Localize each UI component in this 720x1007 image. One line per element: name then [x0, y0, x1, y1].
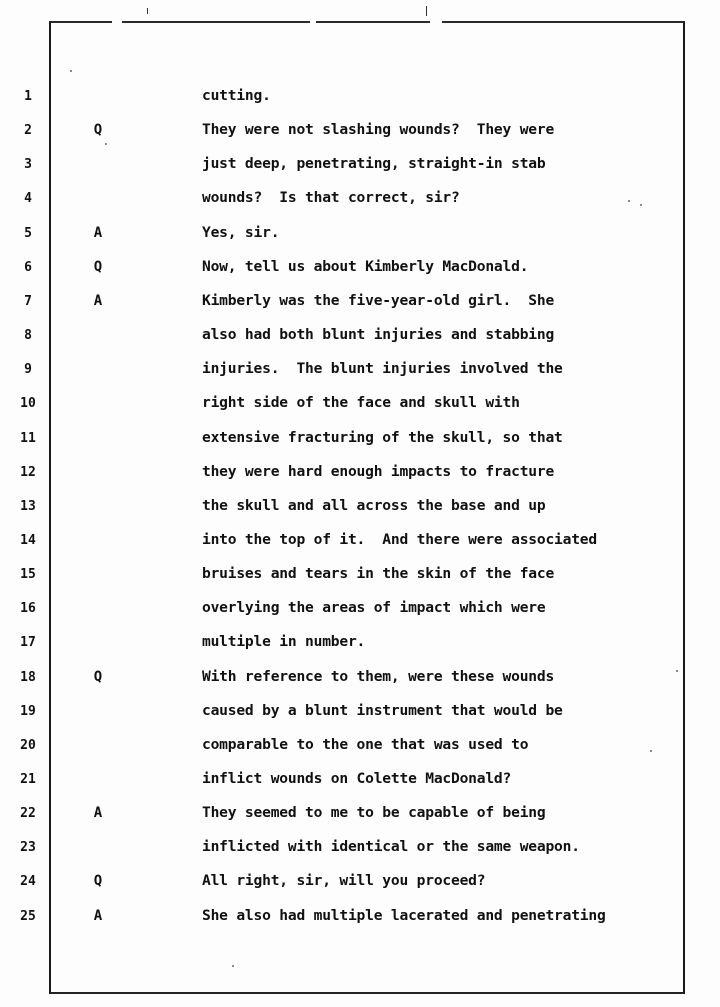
line-number: 9 — [14, 362, 42, 377]
line-number: 10 — [14, 396, 42, 411]
transcript-line: 15bruises and tears in the skin of the f… — [0, 565, 720, 589]
line-number: 19 — [14, 704, 42, 719]
line-text: they were hard enough impacts to fractur… — [202, 463, 554, 480]
line-text: also had both blunt injuries and stabbin… — [202, 326, 554, 343]
line-number: 21 — [14, 772, 42, 787]
speaker-label: Q — [88, 669, 108, 685]
line-number: 11 — [14, 431, 42, 446]
scan-mark — [426, 6, 427, 16]
transcript-line: 14into the top of it. And there were ass… — [0, 531, 720, 555]
line-number: 6 — [14, 260, 42, 275]
line-text: inflict wounds on Colette MacDonald? — [202, 770, 511, 787]
line-number: 2 — [14, 123, 42, 138]
line-number: 13 — [14, 499, 42, 514]
line-number: 24 — [14, 874, 42, 889]
transcript-line: 5AYes, sir. — [0, 224, 720, 248]
transcript-line: 4wounds? Is that correct, sir? — [0, 189, 720, 213]
line-number: 23 — [14, 840, 42, 855]
transcript-line: 23inflicted with identical or the same w… — [0, 838, 720, 862]
speaker-label: A — [88, 293, 108, 309]
transcript-line: 6QNow, tell us about Kimberly MacDonald. — [0, 258, 720, 282]
scan-speck — [676, 670, 678, 672]
border-gap — [310, 19, 316, 25]
line-text: She also had multiple lacerated and pene… — [202, 907, 606, 924]
line-text: All right, sir, will you proceed? — [202, 872, 485, 889]
transcript-line: 13the skull and all across the base and … — [0, 497, 720, 521]
transcript-line: 25AShe also had multiple lacerated and p… — [0, 907, 720, 931]
line-text: They seemed to me to be capable of being — [202, 804, 545, 821]
transcript-line: 19caused by a blunt instrument that woul… — [0, 702, 720, 726]
transcript-line: 7AKimberly was the five-year-old girl. S… — [0, 292, 720, 316]
line-text: With reference to them, were these wound… — [202, 668, 554, 685]
line-number: 20 — [14, 738, 42, 753]
line-number: 17 — [14, 635, 42, 650]
line-text: cutting. — [202, 87, 271, 104]
line-number: 8 — [14, 328, 42, 343]
transcript-line: 17multiple in number. — [0, 633, 720, 657]
scan-speck — [232, 965, 234, 967]
line-text: extensive fracturing of the skull, so th… — [202, 429, 563, 446]
line-text: multiple in number. — [202, 633, 365, 650]
scan-speck — [70, 70, 72, 72]
line-text: inflicted with identical or the same wea… — [202, 838, 580, 855]
line-text: into the top of it. And there were assoc… — [202, 531, 597, 548]
line-text: Yes, sir. — [202, 224, 279, 241]
line-text: right side of the face and skull with — [202, 394, 520, 411]
transcript-line: 20comparable to the one that was used to — [0, 736, 720, 760]
transcript-line: 3just deep, penetrating, straight-in sta… — [0, 155, 720, 179]
transcript-line: 18QWith reference to them, were these wo… — [0, 668, 720, 692]
line-text: caused by a blunt instrument that would … — [202, 702, 563, 719]
transcript-line: 8also had both blunt injuries and stabbi… — [0, 326, 720, 350]
transcript-line: 10right side of the face and skull with — [0, 394, 720, 418]
line-text: overlying the areas of impact which were — [202, 599, 545, 616]
scan-speck — [628, 200, 630, 202]
speaker-label: Q — [88, 873, 108, 889]
transcript-line: 12they were hard enough impacts to fract… — [0, 463, 720, 487]
line-number: 1 — [14, 89, 42, 104]
speaker-label: A — [88, 908, 108, 924]
line-text: the skull and all across the base and up — [202, 497, 545, 514]
line-text: wounds? Is that correct, sir? — [202, 189, 460, 206]
line-text: bruises and tears in the skin of the fac… — [202, 565, 554, 582]
speaker-label: Q — [88, 122, 108, 138]
speaker-label: Q — [88, 259, 108, 275]
line-text: injuries. The blunt injuries involved th… — [202, 360, 563, 377]
line-number: 15 — [14, 567, 42, 582]
line-text: just deep, penetrating, straight-in stab — [202, 155, 545, 172]
scan-speck — [105, 143, 107, 145]
border-gap — [112, 19, 122, 25]
speaker-label: A — [88, 225, 108, 241]
transcript-line: 1cutting. — [0, 87, 720, 111]
transcript-line: 24QAll right, sir, will you proceed? — [0, 872, 720, 896]
transcript-line: 16overlying the areas of impact which we… — [0, 599, 720, 623]
scan-speck — [650, 750, 652, 752]
line-text: comparable to the one that was used to — [202, 736, 528, 753]
speaker-label: A — [88, 805, 108, 821]
transcript-line: 22AThey seemed to me to be capable of be… — [0, 804, 720, 828]
line-number: 3 — [14, 157, 42, 172]
scan-mark — [147, 8, 148, 14]
transcript-line: 21inflict wounds on Colette MacDonald? — [0, 770, 720, 794]
line-text: They were not slashing wounds? They were — [202, 121, 554, 138]
line-number: 22 — [14, 806, 42, 821]
line-number: 12 — [14, 465, 42, 480]
line-number: 5 — [14, 226, 42, 241]
line-number: 4 — [14, 191, 42, 206]
line-number: 14 — [14, 533, 42, 548]
scan-speck — [640, 204, 642, 206]
line-number: 16 — [14, 601, 42, 616]
transcript-line: 2QThey were not slashing wounds? They we… — [0, 121, 720, 145]
transcript-line: 11extensive fracturing of the skull, so … — [0, 429, 720, 453]
line-text: Kimberly was the five-year-old girl. She — [202, 292, 554, 309]
line-number: 18 — [14, 670, 42, 685]
line-number: 7 — [14, 294, 42, 309]
transcript-line: 9injuries. The blunt injuries involved t… — [0, 360, 720, 384]
line-number: 25 — [14, 909, 42, 924]
line-text: Now, tell us about Kimberly MacDonald. — [202, 258, 528, 275]
border-gap — [430, 19, 442, 25]
